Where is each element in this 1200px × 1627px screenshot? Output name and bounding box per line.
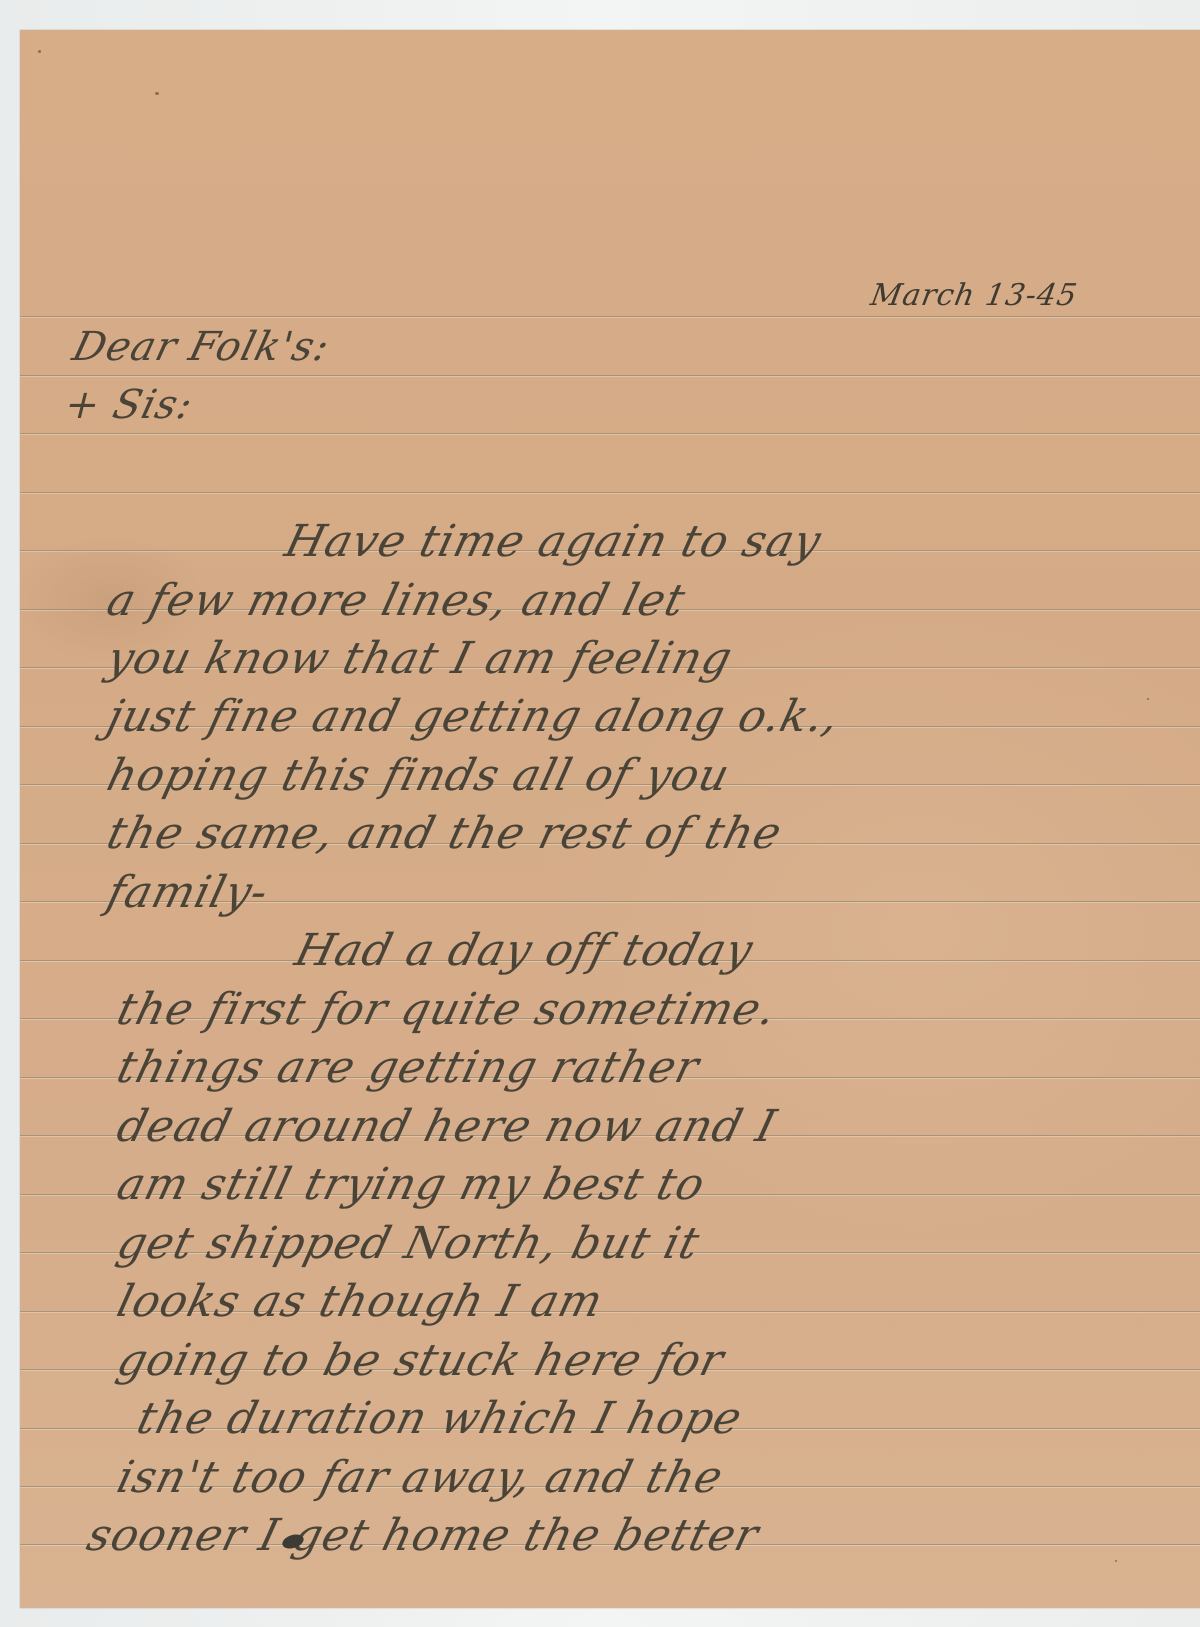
paper-speck <box>38 50 41 53</box>
ruled-line <box>20 316 1200 317</box>
letter-page: March 13-45 Dear Folk's: + Sis: Have tim… <box>20 30 1200 1608</box>
letter-line: going to be stuck here for <box>112 1335 729 1386</box>
letter-line: a few more lines, and let <box>102 575 691 626</box>
letter-date: March 13-45 <box>868 278 1080 313</box>
letter-line: am still trying my best to <box>112 1159 710 1210</box>
letter-line: family- <box>102 867 274 918</box>
letter-line: the same, and the rest of the <box>102 808 787 859</box>
letter-line: get shipped North, but it <box>112 1218 705 1269</box>
paper-speck <box>155 92 159 95</box>
letter-line: dead around here now and I <box>112 1101 782 1152</box>
paper-speck <box>1115 1560 1117 1562</box>
letter-line: sooner I get home the better <box>82 1510 764 1561</box>
letter-line: Had a day off today <box>290 925 758 976</box>
letter-line: the duration which I hope <box>132 1393 748 1444</box>
paper-speck <box>1147 698 1149 700</box>
ruled-line <box>20 433 1200 434</box>
ruled-line <box>20 492 1200 493</box>
ruled-line <box>20 375 1200 376</box>
letter-line: the first for quite sometime. <box>112 984 782 1035</box>
salutation-line-2: + Sis: <box>60 382 198 428</box>
letter-line: hoping this finds all of you <box>102 750 735 801</box>
salutation-line-1: Dear Folk's: <box>68 324 335 370</box>
letter-line: looks as though I am <box>112 1276 608 1327</box>
letter-line: just fine and getting along o.k., <box>102 691 845 742</box>
letter-line: Have time again to say <box>280 516 827 567</box>
letter-line: isn't too far away, and the <box>112 1452 729 1503</box>
letter-line: things are getting rather <box>112 1042 705 1093</box>
letter-line: you know that I am feeling <box>102 633 738 684</box>
